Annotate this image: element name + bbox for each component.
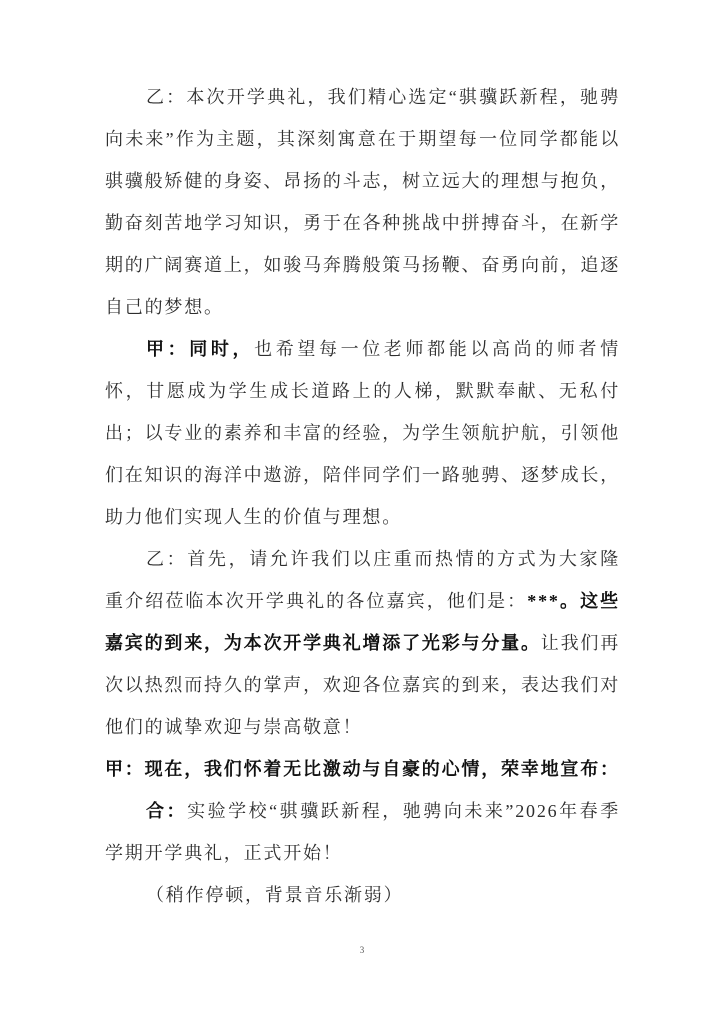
paragraph: 乙：本次开学典礼，我们精心选定“骐骥跃新程，驰骋向未来”作为主题，其深刻寓意在于…	[105, 76, 620, 328]
document-body: 乙：本次开学典礼，我们精心选定“骐骥跃新程，驰骋向未来”作为主题，其深刻寓意在于…	[105, 76, 620, 916]
page-number: 3	[0, 944, 724, 956]
text-run: 也希望每一位老师都能以高尚的师者情怀，甘愿成为学生成长道路上的人梯，默默奉献、无…	[105, 339, 620, 527]
bold-text-run: 合：	[146, 801, 187, 821]
paragraph: 乙：首先，请允许我们以庄重而热情的方式为大家隆重介绍莅临本次开学典礼的各位嘉宾，…	[105, 538, 620, 748]
document-page: 乙：本次开学典礼，我们精心选定“骐骥跃新程，驰骋向未来”作为主题，其深刻寓意在于…	[0, 0, 724, 1024]
paragraph: 合：实验学校“骐骥跃新程，驰骋向未来”2026年春季学期开学典礼，正式开始！	[105, 790, 620, 874]
bold-text-run: 甲：现在，我们怀着无比激动与自豪的心情，荣幸地宣布：	[105, 759, 620, 779]
paragraph: （稍作停顿，背景音乐渐弱）	[105, 874, 620, 916]
bold-text-run: 甲：同时，	[146, 339, 254, 359]
text-run: （稍作停顿，背景音乐渐弱）	[146, 885, 403, 905]
paragraph: 甲：同时，也希望每一位老师都能以高尚的师者情怀，甘愿成为学生成长道路上的人梯，默…	[105, 328, 620, 538]
text-run: 乙：本次开学典礼，我们精心选定“骐骥跃新程，驰骋向未来”作为主题，其深刻寓意在于…	[105, 87, 620, 317]
paragraph: 甲：现在，我们怀着无比激动与自豪的心情，荣幸地宣布：	[105, 748, 620, 790]
